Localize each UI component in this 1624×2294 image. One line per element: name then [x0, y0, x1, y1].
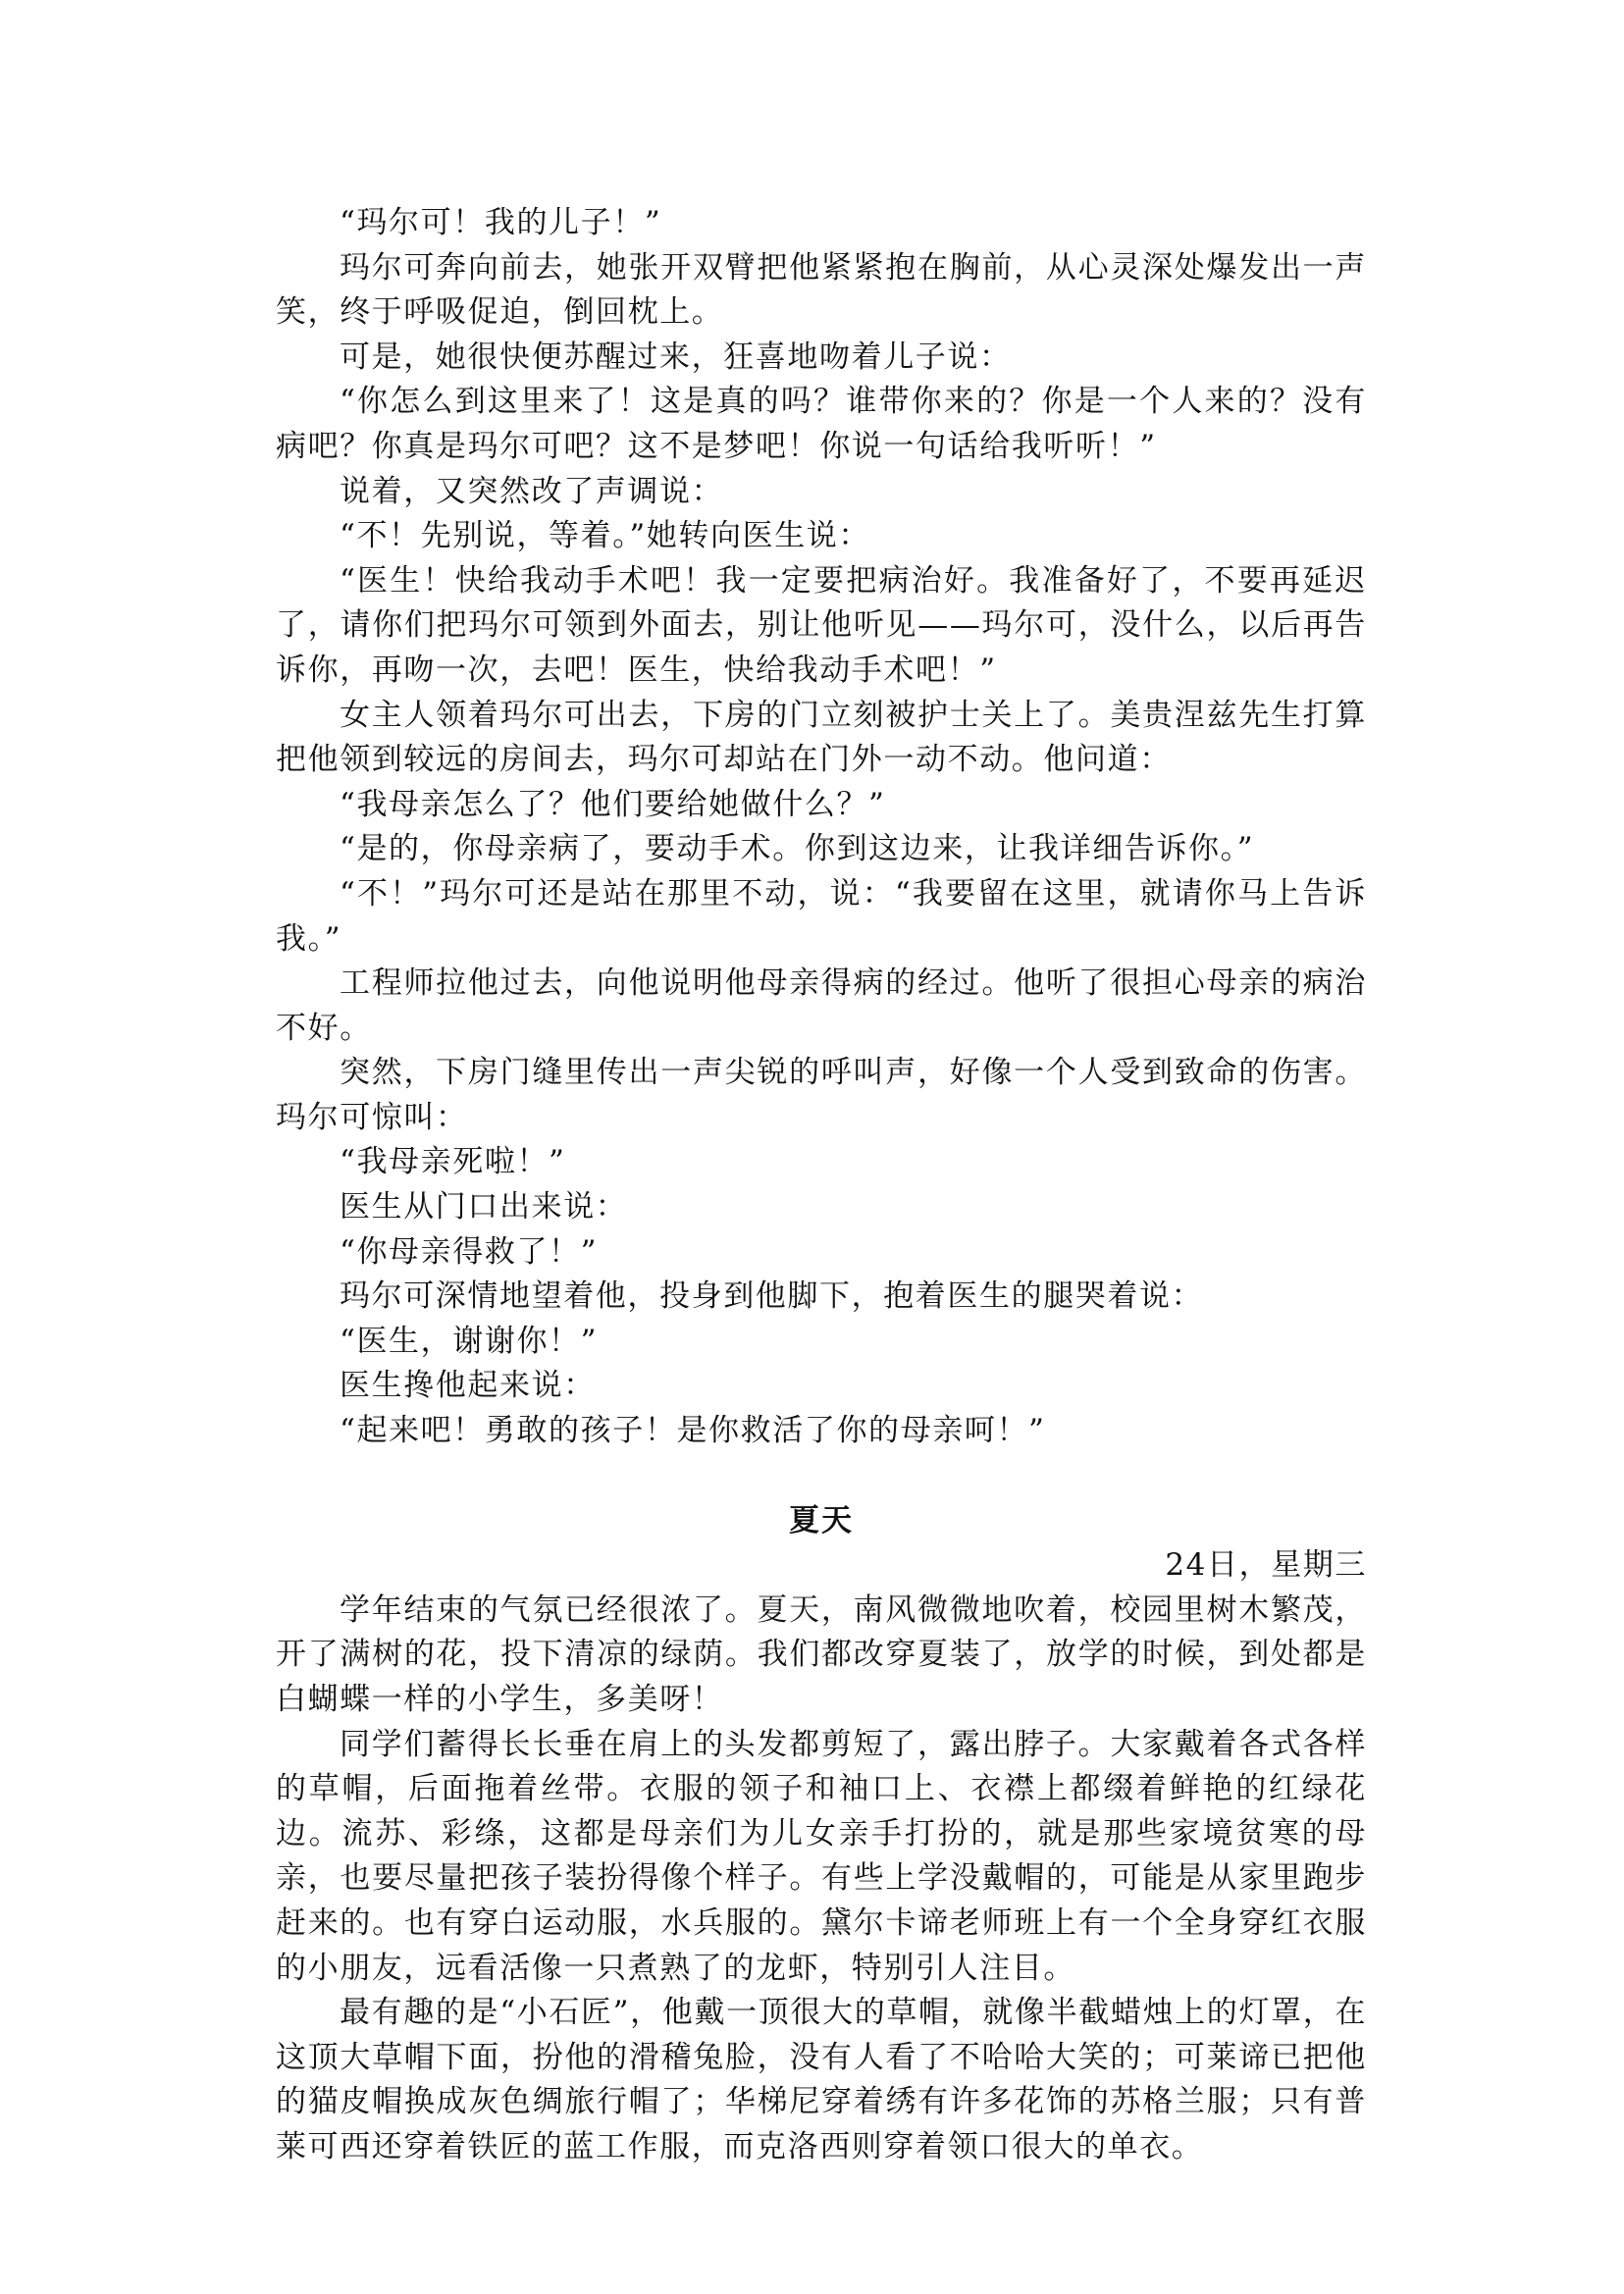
- paragraph: 医生搀他起来说：: [276, 1364, 1367, 1409]
- paragraph: 同学们蓄得长长垂在肩上的头发都剪短了，露出脖子。大家戴着各式各样的草帽，后面拖着…: [276, 1723, 1367, 1992]
- section-story-ending: “玛尔可！我的儿子！” 玛尔可奔向前去，她张开双臂把他紧紧抱在胸前，从心灵深处爆…: [276, 201, 1367, 1454]
- paragraph: “你怎么到这里来了！这是真的吗？谁带你来的？你是一个人来的？没有病吧？你真是玛尔…: [276, 380, 1367, 469]
- paragraph: “你母亲得救了！”: [276, 1230, 1367, 1276]
- paragraph: 最有趣的是“小石匠”，他戴一顶很大的草帽，就像半截蜡烛上的灯罩，在这顶大草帽下面…: [276, 1991, 1367, 2169]
- paragraph: “我母亲死啦！”: [276, 1140, 1367, 1185]
- paragraph: 医生从门口出来说：: [276, 1185, 1367, 1230]
- date-line: 24日，星期三: [276, 1543, 1367, 1589]
- paragraph: 突然，下房门缝里传出一声尖锐的呼叫声，好像一个人受到致命的伤害。玛尔可惊叫：: [276, 1051, 1367, 1140]
- section-spacer: [276, 1454, 1367, 1499]
- paragraph: 可是，她很快便苏醒过来，狂喜地吻着儿子说：: [276, 336, 1367, 381]
- paragraph: “不！先别说，等着。”她转向医生说：: [276, 514, 1367, 559]
- paragraph: “医生，谢谢你！”: [276, 1320, 1367, 1365]
- paragraph: 玛尔可深情地望着他，投身到他脚下，抱着医生的腿哭着说：: [276, 1275, 1367, 1320]
- paragraph: “我母亲怎么了？他们要给她做什么？”: [276, 783, 1367, 828]
- paragraph: 工程师拉他过去，向他说明他母亲得病的经过。他听了很担心母亲的病治不好。: [276, 962, 1367, 1051]
- document-page: “玛尔可！我的儿子！” 玛尔可奔向前去，她张开双臂把他紧紧抱在胸前，从心灵深处爆…: [276, 201, 1367, 2170]
- paragraph: 玛尔可奔向前去，她张开双臂把他紧紧抱在胸前，从心灵深处爆发出一声笑，终于呼吸促迫…: [276, 246, 1367, 336]
- paragraph: “不！”玛尔可还是站在那里不动，说：“我要留在这里，就请你马上告诉我。”: [276, 872, 1367, 962]
- paragraph: “起来吧！勇敢的孩子！是你救活了你的母亲呵！”: [276, 1409, 1367, 1454]
- section-summer: 夏天 24日，星期三 学年结束的气氛已经很浓了。夏天，南风微微地吹着，校园里树木…: [276, 1499, 1367, 2170]
- paragraph: “玛尔可！我的儿子！”: [276, 201, 1367, 246]
- paragraph: “医生！快给我动手术吧！我一定要把病治好。我准备好了，不要再延迟了，请你们把玛尔…: [276, 559, 1367, 694]
- paragraph: 学年结束的气氛已经很浓了。夏天，南风微微地吹着，校园里树木繁茂，开了满树的花，投…: [276, 1589, 1367, 1723]
- paragraph: 说着，又突然改了声调说：: [276, 470, 1367, 515]
- paragraph: 女主人领着玛尔可出去，下房的门立刻被护士关上了。美贵涅兹先生打算把他领到较远的房…: [276, 694, 1367, 783]
- paragraph: “是的，你母亲病了，要动手术。你到这边来，让我详细告诉你。”: [276, 827, 1367, 872]
- section-title: 夏天: [276, 1499, 1367, 1544]
